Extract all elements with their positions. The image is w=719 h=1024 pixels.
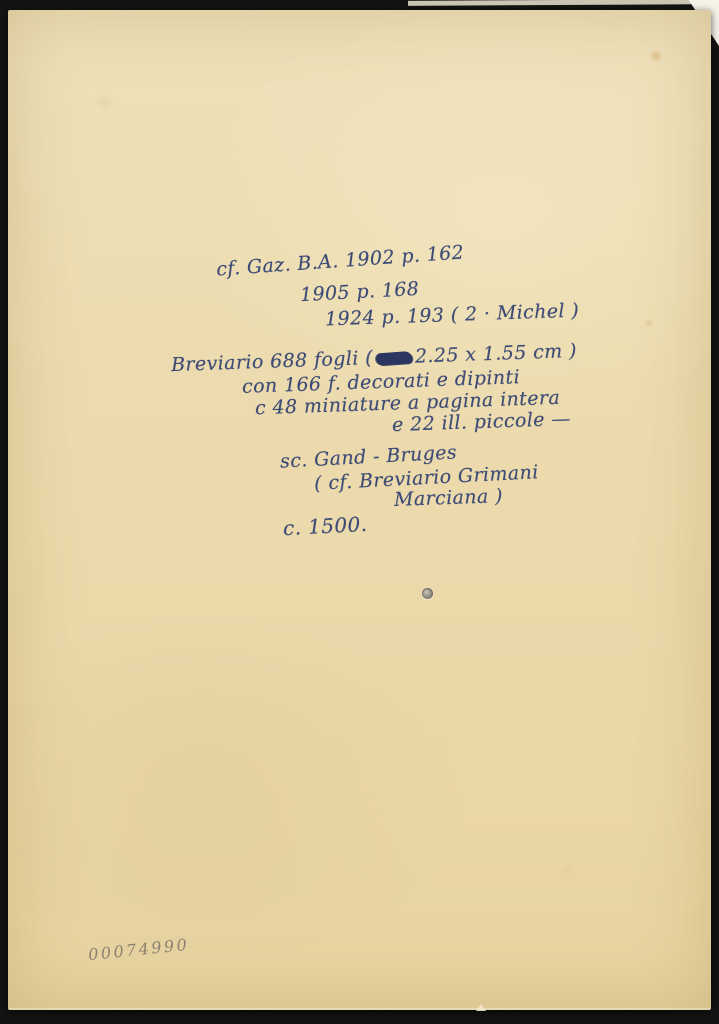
reference-line-1: cf. Gaz. B.A. 1902 p. 162	[216, 241, 465, 280]
punch-hole	[422, 588, 433, 599]
inventory-number: 00074990	[87, 935, 190, 964]
date-line: c. 1500.	[282, 512, 368, 540]
under-sheet-top-edge	[408, 0, 719, 6]
measurements-suffix: 2.25 x 1.55 cm )	[415, 340, 578, 368]
reference-line-3: 1924 p. 193 ( 2 · Michel )	[325, 300, 580, 331]
ink-scribble-strikethrough	[376, 351, 413, 365]
note-paper-sheet: cf. Gaz. B.A. 1902 p. 162 1905 p. 168 19…	[8, 10, 711, 1010]
reference-line-2: 1905 p. 168	[300, 278, 420, 306]
scan-background: cf. Gaz. B.A. 1902 p. 162 1905 p. 168 19…	[0, 0, 719, 1024]
comparison-line-2: Marciana )	[394, 485, 504, 511]
paper-tear	[476, 1004, 486, 1011]
